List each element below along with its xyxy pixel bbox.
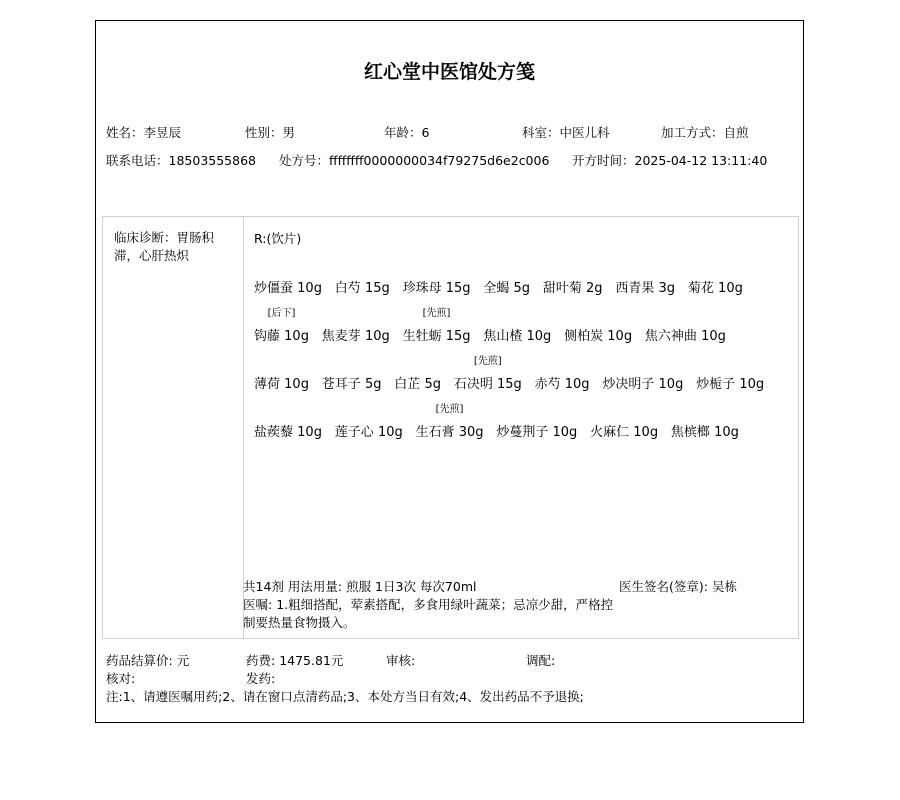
herb-item: 炒蔓荆子 10g xyxy=(496,421,577,440)
name-label: 姓名： xyxy=(106,125,144,140)
review-label: 审核: xyxy=(386,653,415,668)
rx-type-label: R:(饮片) xyxy=(254,229,301,247)
herb-item: 甜叶菊 2g xyxy=(543,277,603,296)
herb-item: 炒僵蚕 10g xyxy=(254,277,322,296)
herb-item: 苍耳子 5g xyxy=(322,373,382,392)
diagnosis-label: 临床诊断： xyxy=(114,230,177,245)
medical-advice: 医嘱: 1.粗细搭配，荤素搭配，多食用绿叶蔬菜；忌凉少甜，严格控制要热量食物摄入… xyxy=(243,596,623,632)
herb-item: 白芍 15g xyxy=(335,277,390,296)
patient-name: 姓名：李昱辰 xyxy=(106,123,181,141)
herb-item: 赤芍 10g xyxy=(535,373,590,392)
rx-no-label: 处方号： xyxy=(279,153,329,168)
herb-item: [先煎]生石膏 30g xyxy=(416,421,484,440)
issue-drugs: 发药: xyxy=(246,669,275,687)
settlement-price: 药品结算价: 元 xyxy=(106,651,189,669)
review: 审核: xyxy=(386,651,415,669)
herb-item: 珍珠母 15g xyxy=(403,277,471,296)
processing-value: 自煎 xyxy=(724,125,749,140)
herb-item: 全蝎 5g xyxy=(483,277,530,296)
herb-row-1: 炒僵蚕 10g 白芍 15g 珍珠母 15g 全蝎 5g 甜叶菊 2g 西青果 … xyxy=(254,277,752,317)
herb-item: 薄荷 10g xyxy=(254,373,309,392)
doctor-name: 吴栋 xyxy=(712,579,737,594)
rx-time-value: 2025-04-12 13:11:40 xyxy=(635,153,768,168)
phone-label: 联系电话： xyxy=(106,153,169,168)
herb-item: 盐蒺藜 10g xyxy=(254,421,322,440)
rx-time-label: 开方时间： xyxy=(572,153,635,168)
doctor-label: 医生签名(签章): xyxy=(619,579,708,594)
patient-age: 年龄：6 xyxy=(384,123,429,141)
age-value: 6 xyxy=(422,125,430,140)
column-divider xyxy=(243,217,244,638)
herb-item: 火麻仁 10g xyxy=(590,421,658,440)
herb-item: 焦六神曲 10g xyxy=(645,325,726,344)
issue-label: 发药: xyxy=(246,671,275,686)
footer-note: 注:1、请遵医嘱用药;2、请在窗口点清药品;3、本处方当日有效;4、发出药品不予… xyxy=(106,687,584,705)
department-label: 科室： xyxy=(522,125,560,140)
herb-row-4: 盐蒺藜 10g 莲子心 10g [先煎]生石膏 30g 炒蔓荆子 10g 火麻仁… xyxy=(254,421,748,461)
clinical-diagnosis: 临床诊断：胃肠积滞，心肝热炽 xyxy=(114,229,234,265)
settle-price-label: 药品结算价: xyxy=(106,653,173,668)
check-label: 核对: xyxy=(106,671,135,686)
herb-item: 焦槟榔 10g xyxy=(671,421,739,440)
settle-price-value: 元 xyxy=(177,653,190,668)
prescription-box: 临床诊断：胃肠积滞，心肝热炽 R:(饮片) 炒僵蚕 10g 白芍 15g 珍珠母… xyxy=(102,216,799,639)
department-value: 中医儿科 xyxy=(560,125,610,140)
gender-value: 男 xyxy=(283,125,296,140)
herb-item: [后下]钩藤 10g xyxy=(254,325,309,344)
advice-label: 医嘱: xyxy=(243,597,272,612)
herb-item: 西青果 3g xyxy=(615,277,675,296)
check: 核对: xyxy=(106,669,135,687)
processing-method: 加工方式：自煎 xyxy=(661,123,749,141)
prescription-sheet: 红心堂中医馆处方笺 姓名：李昱辰 性别：男 年龄：6 科室：中医儿科 加工方式：… xyxy=(95,20,804,723)
fee-value: 1475.81元 xyxy=(279,653,343,668)
herb-item: 焦山楂 10g xyxy=(483,325,551,344)
page-title: 红心堂中医馆处方笺 xyxy=(96,57,803,84)
advice-text: 1.粗细搭配，荤素搭配，多食用绿叶蔬菜；忌凉少甜，严格控制要热量食物摄入。 xyxy=(243,597,613,630)
processing-label: 加工方式： xyxy=(661,125,724,140)
usage-dosage: 共14剂 用法用量: 煎服 1日3次 每次70ml xyxy=(243,577,476,595)
prescription-time: 开方时间：2025-04-12 13:11:40 xyxy=(572,151,767,169)
dispense-mix: 调配: xyxy=(526,651,555,669)
herb-item: 白芷 5g xyxy=(394,373,441,392)
herb-item: 侧柏炭 10g xyxy=(564,325,632,344)
gender-label: 性别： xyxy=(245,125,283,140)
phone-value: 18503555868 xyxy=(169,153,256,168)
herb-item: [先煎]生牡蛎 15g xyxy=(403,325,471,344)
herb-item: [先煎]石决明 15g xyxy=(454,373,522,392)
age-label: 年龄： xyxy=(384,125,422,140)
herb-item: 炒栀子 10g xyxy=(696,373,764,392)
herb-item: 莲子心 10g xyxy=(335,421,403,440)
dispense-mix-label: 调配: xyxy=(526,653,555,668)
patient-gender: 性别：男 xyxy=(245,123,295,141)
rx-no-value: ffffffff0000000034f79275d6e2c006 xyxy=(329,153,549,168)
fee-label: 药费: xyxy=(246,653,275,668)
name-value: 李昱辰 xyxy=(144,125,182,140)
patient-phone: 联系电话：18503555868 xyxy=(106,151,256,169)
herb-item: 菊花 10g xyxy=(688,277,743,296)
drug-fee: 药费: 1475.81元 xyxy=(246,651,343,669)
prescription-number: 处方号：ffffffff0000000034f79275d6e2c006 xyxy=(279,151,549,169)
herb-row-3: 薄荷 10g 苍耳子 5g 白芷 5g [先煎]石决明 15g 赤芍 10g 炒… xyxy=(254,373,773,413)
herb-item: 焦麦芽 10g xyxy=(322,325,390,344)
patient-department: 科室：中医儿科 xyxy=(522,123,610,141)
doctor-signature: 医生签名(签章): 吴栋 xyxy=(619,577,737,595)
herb-item: 炒决明子 10g xyxy=(602,373,683,392)
